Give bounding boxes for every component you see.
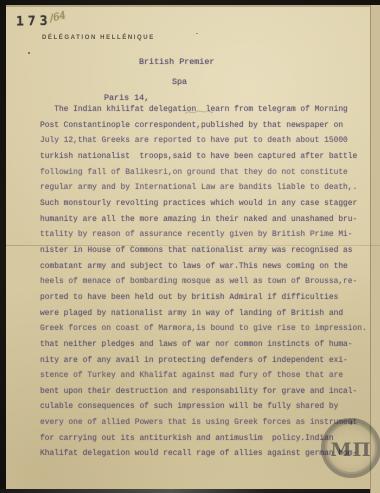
- typewritten-line: heels of menace of bombarding mosque as …: [40, 274, 372, 290]
- letterhead: DÉLÉGATION HELLÉNIQUE: [42, 35, 155, 41]
- ink-speck: [28, 52, 30, 54]
- typewritten-line: following fall of Balikesri,on ground th…: [40, 165, 372, 181]
- recipient-line: British Premier: [139, 57, 214, 67]
- archive-number-value: 173: [16, 14, 52, 30]
- letter-body: The Indian khilifat delegation learn fro…: [40, 102, 372, 462]
- typewritten-line: humanity are all the more amazing in the…: [40, 212, 372, 228]
- typewritten-line: that neither pledges and laws of war nor…: [40, 337, 372, 353]
- archive-stamp: ✚ ΜΠ: [321, 418, 380, 478]
- typewritten-line: The Indian khilifat delegation learn fro…: [40, 102, 372, 118]
- typewritten-line: Post Constantinople correspondent,publis…: [40, 118, 372, 134]
- scan-edge-left: [0, 0, 6, 493]
- typewritten-line: combatant army and subject to laws of wa…: [40, 259, 372, 275]
- document-page: 173/64 DÉLÉGATION HELLÉNIQUE British Pre…: [0, 0, 380, 493]
- typewritten-line: ported to have been held out by british …: [40, 290, 372, 306]
- recipient-location: Spa: [172, 77, 187, 87]
- scan-edge-top: [0, 0, 380, 5]
- typewritten-line: were plaged by nationalist army in way o…: [40, 306, 372, 322]
- typewritten-line: Such monstourly revolting practices whic…: [40, 196, 372, 212]
- typewritten-line: culable consequences of such impression …: [40, 399, 372, 415]
- handwritten-note: /64: [49, 10, 67, 24]
- typewritten-line: regular army and by International Law ar…: [40, 180, 372, 196]
- typewritten-line: bent upon their destruction and responsa…: [40, 384, 372, 400]
- scan-edge-bottom: [0, 489, 380, 493]
- cross-icon: ✚: [349, 420, 354, 428]
- typewritten-line: nity are of any avail in protecting defe…: [40, 353, 372, 369]
- typewritten-line: stence of Turkey and Khalifat against ma…: [40, 368, 372, 384]
- typewritten-line: Greek forces on coast of Marmora,is boun…: [40, 321, 372, 337]
- typewritten-line: July 12,that Greeks are reported to have…: [40, 133, 372, 149]
- archive-stamp-letters: ΜΠ: [331, 439, 372, 461]
- archive-number-stamp: 173/64: [16, 14, 68, 30]
- typewritten-line: every one of allied Powers that is using…: [40, 415, 372, 431]
- typewritten-line: nister in House of Commons that national…: [40, 243, 372, 259]
- typewritten-line: ttality by reason of assurance recently …: [40, 227, 372, 243]
- typewritten-line: turkish nationalist troops,said to have …: [40, 149, 372, 165]
- ink-speck: [196, 33, 198, 34]
